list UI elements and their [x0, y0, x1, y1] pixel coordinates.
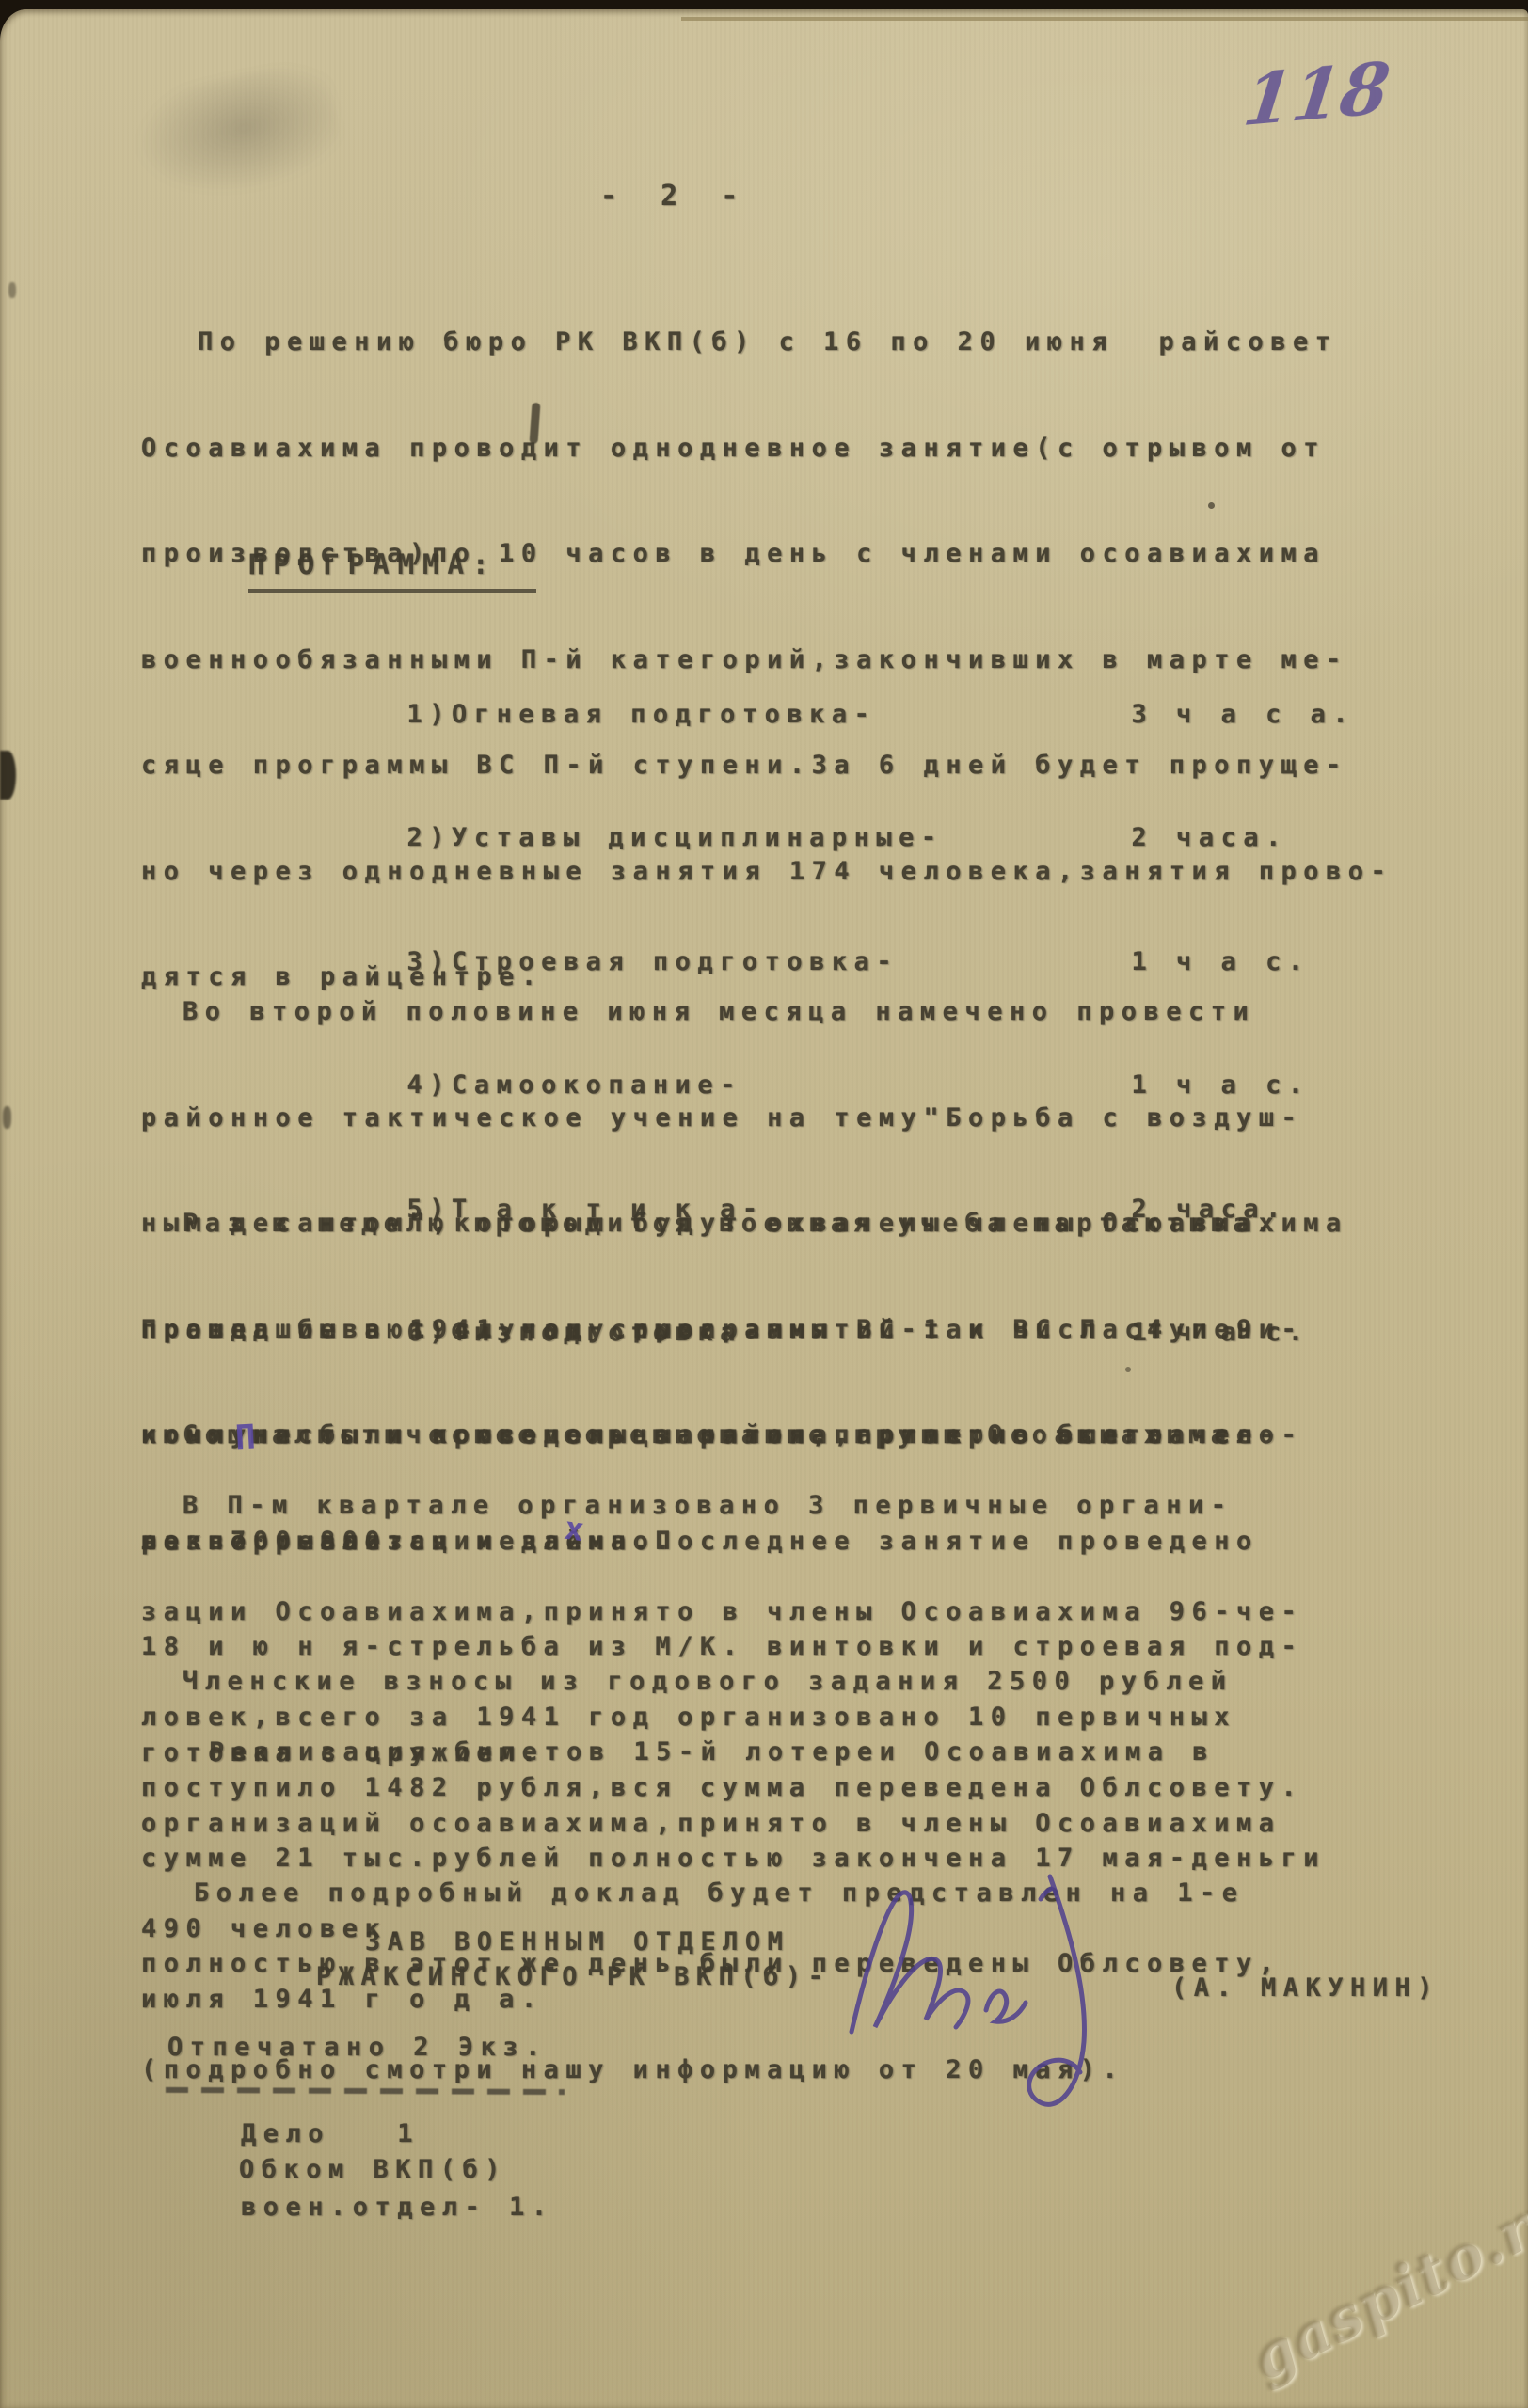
text-line: Осоавиахима проводит однодневное занятие… [141, 431, 1487, 467]
list-item-hours: 3 ч а с а. [1132, 700, 1356, 729]
text-line: Раз в неделю проводится военная учеба па… [141, 1206, 1487, 1242]
copies-note: Отпечатано 2 Экз. [167, 2030, 548, 2066]
page-edge-line [681, 17, 1528, 21]
archive-watermark: gaspito.ru [1240, 2173, 1528, 2394]
handwritten-signature [828, 1858, 1138, 2140]
edge-ink-blob [8, 282, 16, 298]
distribution-line: воен.отдел- 1. [241, 2190, 554, 2226]
edge-ink-blob [0, 751, 16, 800]
ink-smudge [121, 56, 348, 214]
list-item: 2)Уставы дисциплинарные-2 часа. [141, 785, 1487, 839]
text-line: районное тактическое учение на тему"Борь… [141, 1101, 1487, 1136]
text-line: Реализация билетов 15-й лотереи Осоавиах… [141, 1735, 1487, 1770]
text-line: Более подробный доклад будет представлен… [141, 1876, 1487, 1911]
handwritten-page-number: 118 [1239, 48, 1394, 143]
page-number-header: - 2 - [600, 179, 751, 214]
signature-title-line2: РЖАКСИНСКОГО РК ВКП(б)- [316, 1959, 830, 1995]
edge-ink-blob [3, 1106, 11, 1129]
list-item-label: 2)Уставы дисциплинарные- [407, 820, 1132, 856]
signature-title-line1: ЗАВ ВОЕННЫМ ОТДЕЛОМ [365, 1925, 789, 1960]
text-line: В П-м квартале организовано 3 первичные … [141, 1488, 1487, 1524]
text-line: Правда бывают случаи срыва занятий-так ч… [141, 1312, 1487, 1348]
ink-correction-letter: П [234, 1418, 257, 1457]
document-scan: { "page": { "handwritten_number": "118",… [0, 0, 1528, 2408]
list-item: 1)Огневая подготовка-3 ч а с а. [141, 661, 1487, 715]
text-line: По решению бюро РК ВКП(б) с 16 по 20 июн… [141, 325, 1487, 360]
program-heading-text: ПРОГРАММА: [248, 547, 537, 594]
distribution-line: Обком ВКП(б) [239, 2152, 507, 2188]
document-page: 118 - 2 - По решению бюро РК ВКП(б) с 16… [0, 9, 1528, 2408]
list-item-hours: 2 часа. [1132, 823, 1288, 852]
signature-typed-name: (А. МАКУНИН) [1171, 1971, 1440, 2006]
text-line: Во второй половине июня месяца намечено … [141, 994, 1487, 1030]
list-item-label: 1)Огневая подготовка- [407, 697, 1132, 733]
distribution-line: Дело 1 [241, 2116, 420, 2152]
